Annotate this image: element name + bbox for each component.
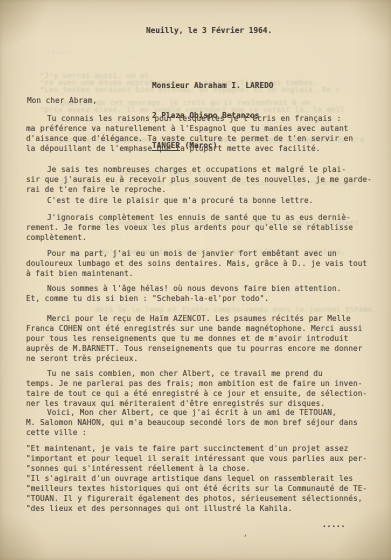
paragraph: Pour ma part, j'ai eu un mois de janvier… xyxy=(26,249,367,279)
letter-line: d'aisance que d'élégance. Ta vaste cultu… xyxy=(26,134,353,144)
letter-date: Neuilly, le 3 Février 1964. xyxy=(146,26,272,36)
letter-line: Tu connais les raisons pour lesquelles j… xyxy=(26,114,353,124)
letter-line: complètement. xyxy=(26,233,353,243)
letter-line: Tu ne sais combien, mon cher Albert, ce … xyxy=(26,369,367,379)
letter-line: "Il s'agirait d'un ouvrage artistique da… xyxy=(26,474,367,484)
letter-line: "important et pour lequel il serait inté… xyxy=(26,454,367,464)
ghost-line: ..... xyxy=(46,46,69,55)
closing-ellipsis: ..... xyxy=(322,520,345,530)
letter-line: cette ville : xyxy=(26,428,358,438)
paragraph: Tu connais les raisons pour lesquelles j… xyxy=(26,114,353,154)
paragraph: J'ignorais complètement les ennuis de sa… xyxy=(26,213,353,243)
letter-line: Pour ma part, j'ai eu un mois de janvier… xyxy=(26,249,367,259)
paragraph: Voici, Mon cher Albert, ce que j'ai écri… xyxy=(26,408,358,438)
letter-line: "sonnes qui s'intéressent réellement à l… xyxy=(26,464,367,474)
paragraph: Nous sommes à l'âge hélas! où nous devon… xyxy=(26,284,341,304)
letter-line: Et, comme tu dis si bien : "Schebah-la-e… xyxy=(26,294,341,304)
letter-line: pour tous les renseignements que tu me d… xyxy=(26,334,362,344)
letter-line: M. Salomon NAHON, qui m'a beaucoup secon… xyxy=(26,418,358,428)
letter-line: C'est te dire le plaisir que m'a procuré… xyxy=(26,196,313,206)
letter-line: rement. Je forme les voeux les plus arde… xyxy=(26,223,353,233)
letter-line: "TOUAN. Il y figurerait également des ph… xyxy=(26,494,367,504)
letter-line: ne seront très précieux. xyxy=(26,354,362,364)
letter-line: à fait bien maintenant. xyxy=(26,269,367,279)
letter-line: "des lieux et des personnages qui ont il… xyxy=(26,504,367,514)
paragraph: "Et maintenant, je vais te faire part su… xyxy=(26,444,367,514)
letter-line: Nous sommes à l'âge hélas! où nous devon… xyxy=(26,284,341,294)
letter-page: ....."J'y verrai aussi, un pl"re avec un… xyxy=(0,0,391,560)
letter-line: Merci pour le reçu de Haïm AZENCOT. Les … xyxy=(26,314,362,324)
ghost-line: déjà le le long et fidèle compte-rendu d… xyxy=(95,305,377,314)
stray-mark: , xyxy=(243,529,248,538)
paragraph: Je sais tes nombreuses charges et occupa… xyxy=(26,165,372,195)
recipient-name: Monsieur Abraham I. LAREDO xyxy=(152,81,273,91)
paragraph: Tu ne sais combien, mon cher Albert, ce … xyxy=(26,369,367,409)
letter-line: J'ignorais complètement les ennuis de sa… xyxy=(26,213,353,223)
letter-line: Franca COHEN ont été enregistrés sur une… xyxy=(26,324,362,334)
letter-line: douloureux lumbago et des soins dentaire… xyxy=(26,259,367,269)
letter-line: taire de tout ce qui a été enregistré à … xyxy=(26,389,367,399)
letter-line: rai de t'en faire le reproche. xyxy=(26,185,372,195)
letter-line: temps. Je ne parlerai pas des frais; mon… xyxy=(26,379,367,389)
letter-line: Je sais tes nombreuses charges et occupa… xyxy=(26,165,372,175)
paragraph: C'est te dire le plaisir que m'a procuré… xyxy=(26,196,313,206)
letter-line: auprès de M.BARNETT. Tous renseignements… xyxy=(26,344,362,354)
letter-line: ma préférence va naturellement à l'Espag… xyxy=(26,124,353,134)
paragraph: Merci pour le reçu de Haïm AZENCOT. Les … xyxy=(26,314,362,364)
letter-line: "meilleurs textes historiques qui ont ét… xyxy=(26,484,367,494)
salutation: Mon cher Abram, xyxy=(27,96,97,106)
letter-line: sir que j'aurais eu à recevoir plus souv… xyxy=(26,175,372,185)
letter-line: Voici, Mon cher Albert, ce que j'ai écri… xyxy=(26,408,358,418)
letter-line: la dépouillant de l'emphase que la plupa… xyxy=(26,144,353,154)
letter-line: "Et maintenant, je vais te faire part su… xyxy=(26,444,367,454)
